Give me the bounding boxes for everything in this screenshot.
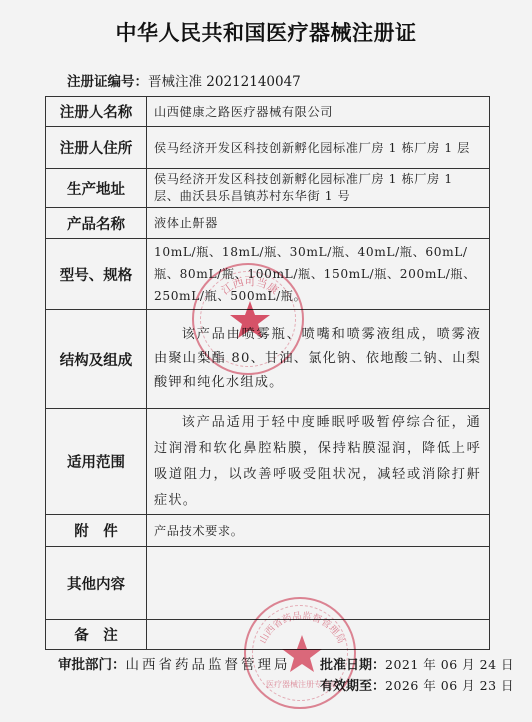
row-label-remarks: 备 注 xyxy=(46,620,147,650)
row-value-model-spec: 10mL/瓶、18mL/瓶、30mL/瓶、40mL/瓶、60mL/瓶、80mL/… xyxy=(147,239,490,310)
approval-department-value: 山西省药品监督管理局 xyxy=(126,657,291,673)
row-value-attachment: 产品技术要求。 xyxy=(147,515,490,547)
row-value-registrant-address: 侯马经济开发区科技创新孵化园标准厂房 1 栋厂房 1 层 xyxy=(147,127,490,169)
row-value-registrant-name: 山西健康之路医疗器械有限公司 xyxy=(147,97,490,127)
approval-date-value: 2021 年 06 月 24 日 xyxy=(385,657,514,672)
approval-department: 审批部门：山西省药品监督管理局 xyxy=(58,653,291,673)
table-row: 附 件 产品技术要求。 xyxy=(46,515,490,547)
row-label-production-address: 生产地址 xyxy=(46,169,147,208)
row-label-scope: 适用范围 xyxy=(46,409,147,515)
row-value-production-address: 侯马经济开发区科技创新孵化园标准厂房 1 栋厂房 1 层、曲沃县乐昌镇苏村东华街… xyxy=(147,169,490,208)
row-label-attachment: 附 件 xyxy=(46,515,147,547)
approval-department-label: 审批部门： xyxy=(58,657,126,673)
table-row: 结构及组成 该产品由喷雾瓶、喷嘴和喷雾液组成，喷雾液由聚山梨酯 80、甘油、氯化… xyxy=(46,310,490,409)
row-value-scope: 该产品适用于轻中度睡眠呼吸暂停综合征，通过润滑和软化鼻腔粘膜，保持粘膜湿润，降低… xyxy=(147,409,490,515)
table-row: 型号、规格 10mL/瓶、18mL/瓶、30mL/瓶、40mL/瓶、60mL/瓶… xyxy=(46,239,490,310)
row-value-other xyxy=(147,547,490,620)
table-row: 备 注 xyxy=(46,620,490,650)
table-row: 适用范围 该产品适用于轻中度睡眠呼吸暂停综合征，通过润滑和软化鼻腔粘膜，保持粘膜… xyxy=(46,409,490,515)
approval-date-label: 批准日期： xyxy=(320,658,385,673)
registration-number-label: 注册证编号： xyxy=(67,74,148,90)
table-row: 注册人住所 侯马经济开发区科技创新孵化园标准厂房 1 栋厂房 1 层 xyxy=(46,127,490,169)
registration-number: 注册证编号：晋械注准 20212140047 xyxy=(67,70,301,90)
valid-until: 有效期至：2026 年 06 月 23 日 xyxy=(320,675,514,694)
approval-date: 批准日期：2021 年 06 月 24 日 xyxy=(320,654,514,673)
structure-text: 该产品由喷雾瓶、喷嘴和喷雾液组成，喷雾液由聚山梨酯 80、甘油、氯化钠、依地酸二… xyxy=(154,327,481,390)
row-label-product-name: 产品名称 xyxy=(46,208,147,239)
row-value-product-name: 液体止鼾器 xyxy=(147,208,490,239)
row-value-structure: 该产品由喷雾瓶、喷嘴和喷雾液组成，喷雾液由聚山梨酯 80、甘油、氯化钠、依地酸二… xyxy=(147,310,490,409)
row-label-model-spec: 型号、规格 xyxy=(46,239,147,310)
row-value-remarks xyxy=(147,620,490,650)
row-label-structure: 结构及组成 xyxy=(46,310,147,409)
table-row: 其他内容 xyxy=(46,547,490,620)
row-label-registrant-address: 注册人住所 xyxy=(46,127,147,169)
certificate-table: 注册人名称 山西健康之路医疗器械有限公司 注册人住所 侯马经济开发区科技创新孵化… xyxy=(45,96,490,650)
valid-until-value: 2026 年 06 月 23 日 xyxy=(385,678,514,693)
table-row: 产品名称 液体止鼾器 xyxy=(46,208,490,239)
document-title: 中华人民共和国医疗器械注册证 xyxy=(0,17,532,47)
row-label-registrant-name: 注册人名称 xyxy=(46,97,147,127)
table-row: 注册人名称 山西健康之路医疗器械有限公司 xyxy=(46,97,490,127)
scope-text: 该产品适用于轻中度睡眠呼吸暂停综合征，通过润滑和软化鼻腔粘膜，保持粘膜湿润，降低… xyxy=(154,415,481,508)
valid-until-label: 有效期至： xyxy=(320,679,385,694)
table-row: 生产地址 侯马经济开发区科技创新孵化园标准厂房 1 栋厂房 1 层、曲沃县乐昌镇… xyxy=(46,169,490,208)
row-label-other: 其他内容 xyxy=(46,547,147,620)
registration-number-value: 晋械注准 20212140047 xyxy=(148,74,301,90)
